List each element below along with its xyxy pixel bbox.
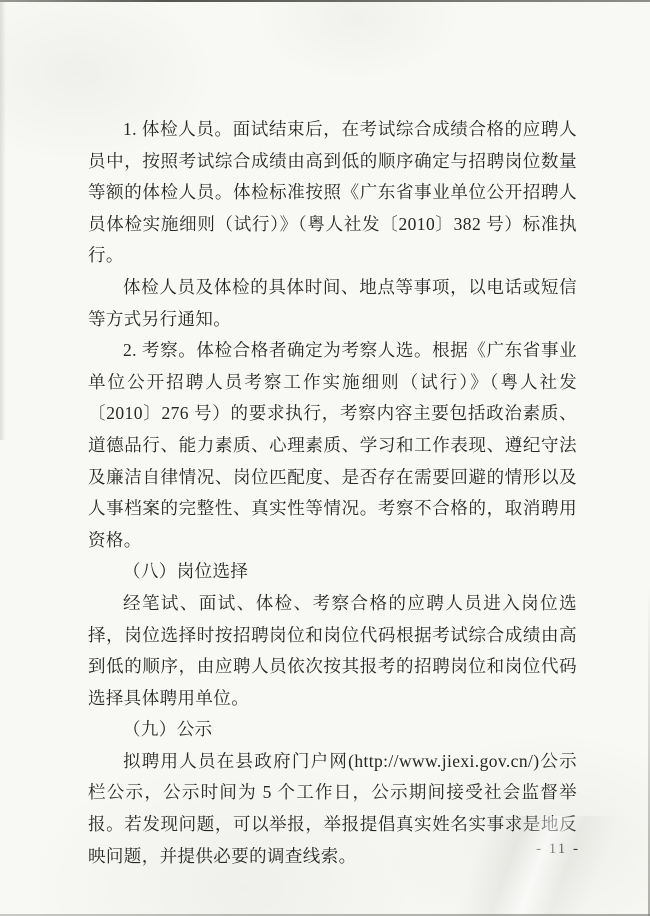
scanned-document-page: 1. 体检人员。面试结束后，在考试综合成绩合格的应聘人员中，按照考试综合成绩由高… xyxy=(0,0,650,916)
paragraph-inspection: 2. 考察。体检合格者确定为考察人选。根据《广东省事业单位公开招聘人员考察工作实… xyxy=(88,335,577,556)
paragraph-public-notice: 拟聘用人员在县政府门户网(http://www.jiexi.gov.cn/)公示… xyxy=(88,746,577,872)
scan-edge-top xyxy=(0,0,650,2)
document-body: 1. 体检人员。面试结束后，在考试综合成绩合格的应聘人员中，按照考试综合成绩由高… xyxy=(88,114,577,872)
page-number: - 11 - xyxy=(536,841,580,858)
heading-section-eight-position-selection: （八）岗位选择 xyxy=(88,556,577,588)
scan-edge-left xyxy=(0,0,6,440)
heading-section-nine-public-notice: （九）公示 xyxy=(88,714,577,746)
paragraph-medical-check-notice: 体检人员及体检的具体时间、地点等事项，以电话或短信等方式另行通知。 xyxy=(88,272,577,335)
paragraph-position-selection: 经笔试、面试、体检、考察合格的应聘人员进入岗位选择，岗位选择时按招聘岗位和岗位代… xyxy=(88,588,577,714)
paragraph-medical-check: 1. 体检人员。面试结束后，在考试综合成绩合格的应聘人员中，按照考试综合成绩由高… xyxy=(88,114,577,272)
